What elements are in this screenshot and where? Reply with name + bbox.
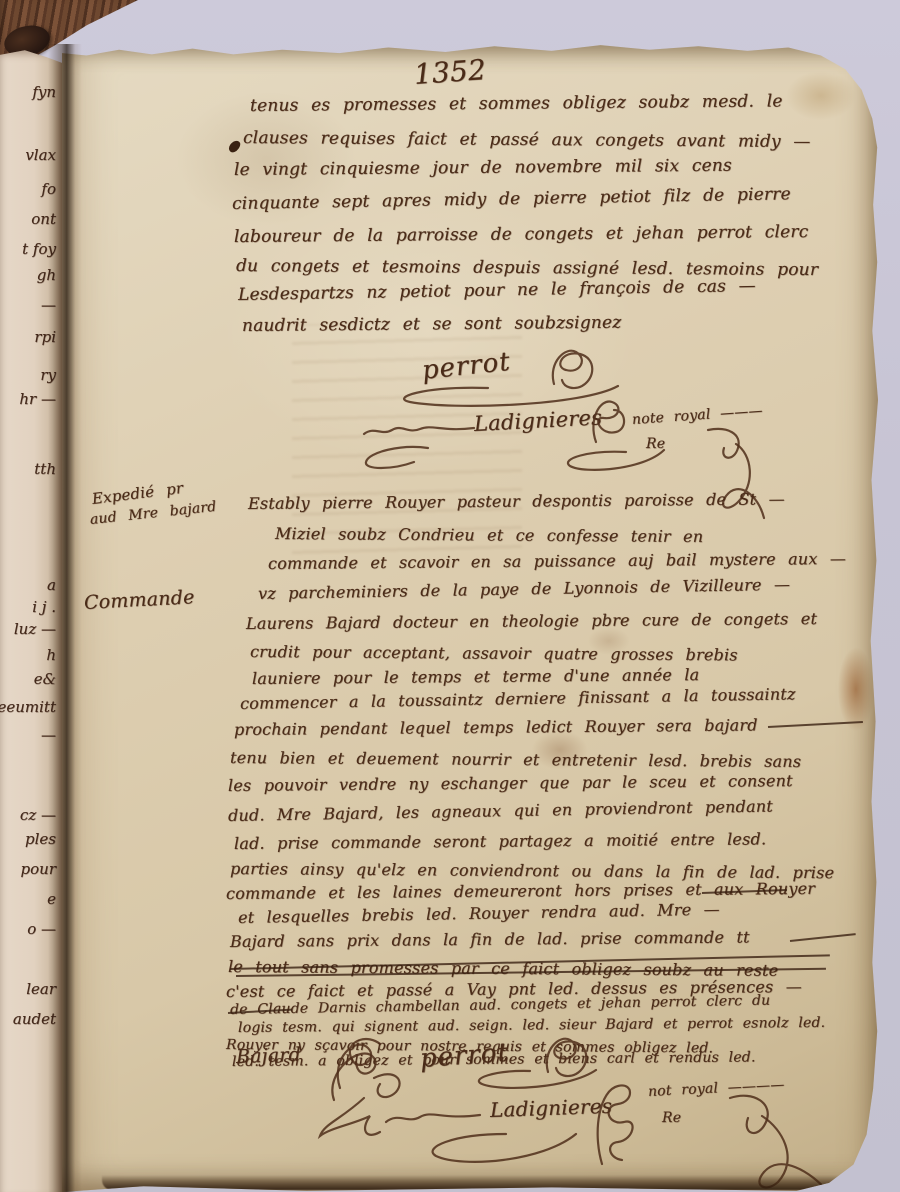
paraph-flourish [586,396,630,446]
leadin-flourish [384,1106,484,1128]
act1-line: le vingt cinquiesme jour de novembre mil… [234,156,732,180]
oval-flourish [422,1126,582,1166]
act1-line: Lesdespartzs nz petiot pour ne le franço… [238,276,756,305]
ink-blot [227,139,242,155]
margin-note-commande: Commande [83,586,195,614]
left-fragment: lear [0,980,56,998]
act2-line: et lesquelles brebis led. Rouyer rendra … [238,900,720,927]
act2-line: commencer a la toussaintz derniere finis… [240,684,796,713]
left-fragment: — [0,726,56,744]
left-fragment: pour [0,860,56,878]
left-fragment: e& [0,670,56,688]
underline-flourish [470,1066,600,1092]
left-fragment: fo [0,180,56,198]
left-fragment: cz — [0,806,56,824]
left-fragment: h [0,646,56,664]
act2-line: tenu bien et deuement nourrir et entrete… [230,748,801,771]
left-fragment: luz — [0,620,56,638]
act2-line: launiere pour le temps et terme d'une an… [252,665,699,688]
act2-line: Laurens Bajard docteur en theologie pbre… [246,609,817,633]
strike-mark [768,721,863,728]
strike-mark [790,933,856,942]
previous-page-edge: fyn vlax fo ont t foy gh — rpi ry hr — t… [0,48,62,1192]
left-fragment: o — [0,920,56,938]
page-number: 1352 [413,53,487,91]
left-fragment: e [0,890,56,908]
paraph-flourish [590,1080,640,1170]
left-fragment: audet [0,1010,56,1028]
act2-line: les pouvoir vendre ny eschanger que par … [228,771,793,795]
act2-line: prochain pendant lequel temps ledict Rou… [234,715,758,739]
signature-bajard: Bajard [236,1044,302,1068]
manuscript-photo: fyn vlax fo ont t foy gh — rpi ry hr — t… [0,0,900,1192]
left-fragment: eeumitt [0,698,56,716]
manuscript-page: 1352 tenus es promesses et sommes oblige… [62,44,878,1192]
left-fragment: vlax [0,146,56,164]
left-fragment: — [0,296,56,314]
act2-line: dud. Mre Bajard, les agneaux qui en prov… [228,796,773,825]
act2-line: vz parcheminiers de la paye de Lyonnois … [258,575,790,603]
left-fragment: t foy [0,240,56,258]
left-fragment: hr — [0,390,56,408]
oval-flourish [560,444,670,474]
act2-line: Bajard sans prix dans la fin de lad. pri… [230,927,750,951]
left-fragment: gh [0,266,56,284]
notary-suffix-bottom: Re [662,1110,681,1126]
act1-line: tenus es promesses et sommes obligez sou… [250,91,783,116]
act1-line: laboureur de la parroisse de congets et … [234,222,809,247]
left-fragment: ry [0,366,56,384]
left-fragment: ples [0,830,56,848]
act1-line: cinquante sept apres midy de pierre peti… [232,184,791,214]
act2-line: commande et scavoir en sa puissance auj … [268,549,846,573]
bajard-paraph-scribble [310,1028,430,1148]
oval-flourish [362,442,432,474]
left-fragment: ont [0,210,56,228]
act1-line: clauses requises faict et passé aux cong… [243,128,811,152]
left-fragment: fyn [0,83,56,101]
left-fragment: tth [0,460,56,478]
left-fragment: rpi [0,328,56,346]
act2-line: Miziel soubz Condrieu et ce confesse ten… [275,524,703,546]
act2-line: crudit pour acceptant, assavoir quatre g… [250,642,738,664]
leadin-flourish [362,420,477,440]
act1-line: naudrit sesdictz et se sont soubzsignez [242,313,622,336]
left-fragment: i j . [0,598,56,616]
left-fragment: a [0,576,56,594]
act2-line: lad. prise commande seront partagez a mo… [234,829,766,853]
tail-flourish [698,424,768,524]
page-bottom-edge [102,1175,868,1190]
